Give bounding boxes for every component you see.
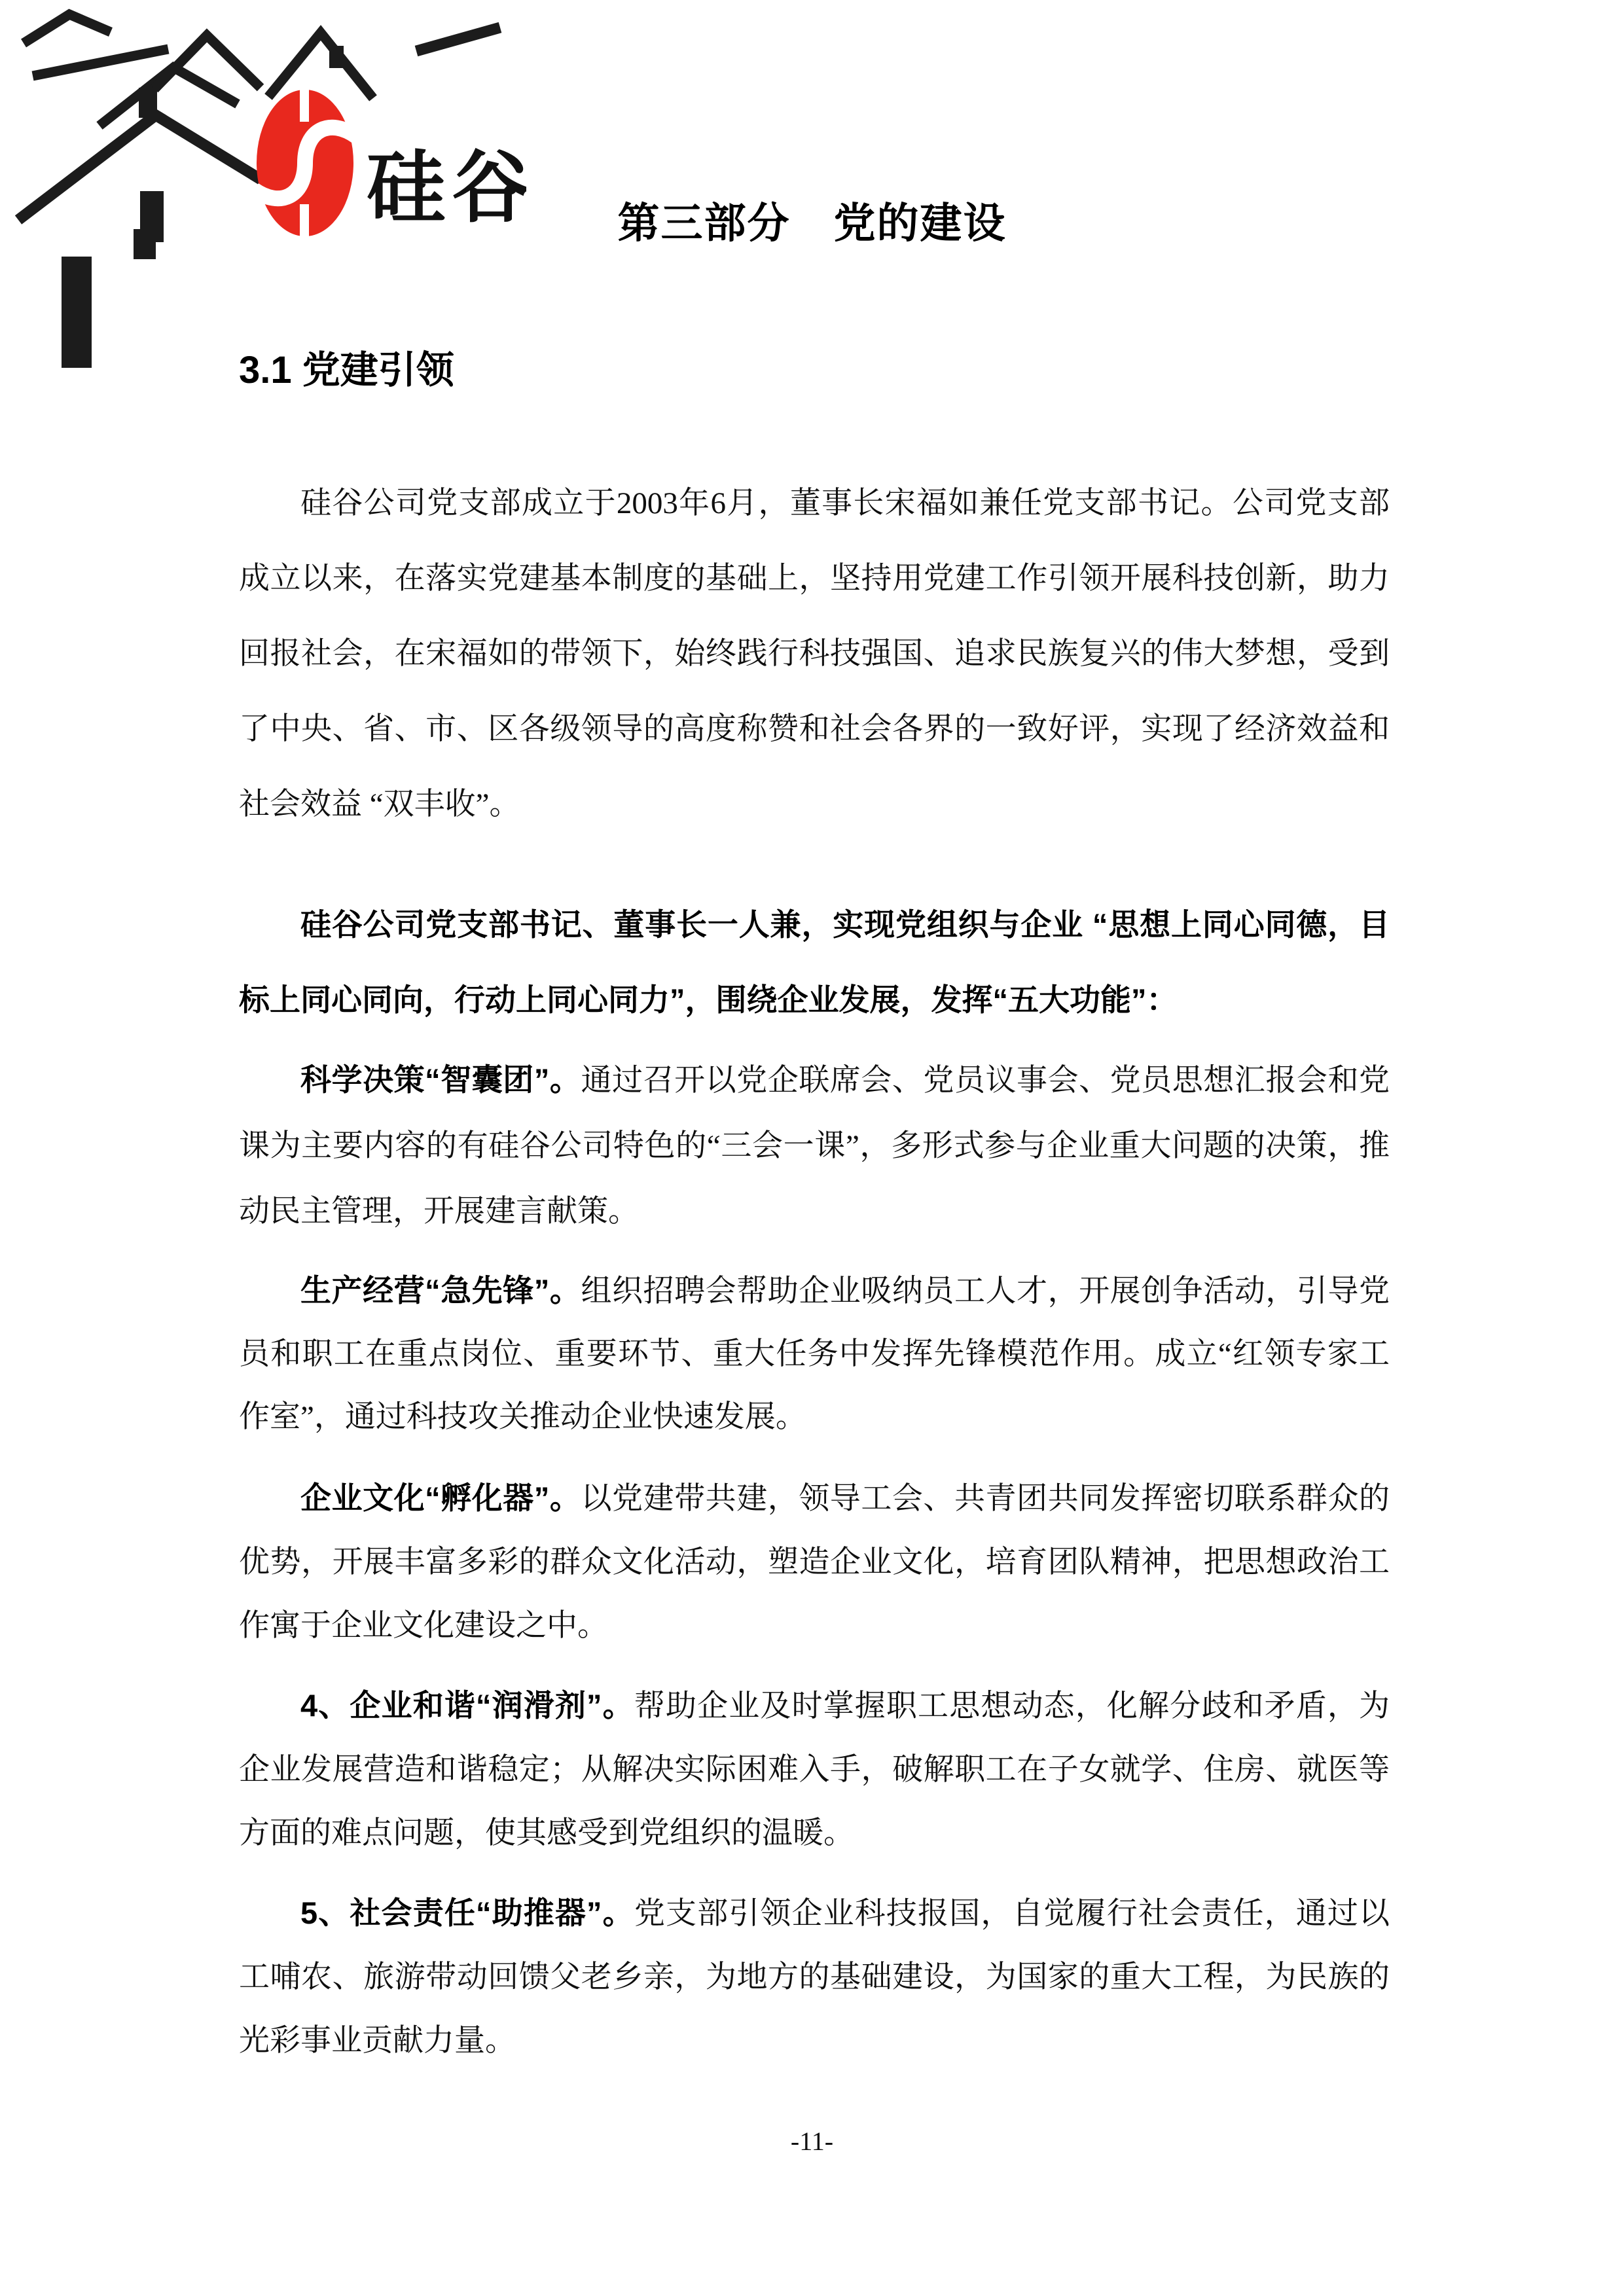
roof-right-slab [416,27,500,51]
paragraph-lead: 5、社会责任“助推器”。 [300,1895,634,1930]
paragraph-lead: 硅谷公司党支部书记、董事长一人兼，实现党组织与企业 “思想上同心同德，目标上同心… [239,907,1390,1017]
body-paragraph-function-4: 4、企业和谐“润滑剂”。帮助企业及时掌握职工思想动态，化解分歧和矛盾，为企业发展… [239,1674,1390,1865]
body-paragraph-function-5: 5、社会责任“助推器”。党支部引领企业科技报国，自觉履行社会责任，通过以工哺农、… [239,1881,1390,2073]
chimney-block [139,88,157,118]
paragraph-lead: 4、企业和谐“润滑剂”。 [300,1688,634,1723]
roof-center-b [268,33,373,98]
body-paragraph-bold-summary: 硅谷公司党支部书记、董事长一人兼，实现党组织与企业 “思想上同心同德，目标上同心… [239,887,1390,1037]
section-heading: 3.1 党建引领 [239,339,454,394]
paragraph-lead: 生产经营“急先锋”。 [300,1273,581,1308]
paragraph-lead: 企业文化“孵化器”。 [300,1480,581,1515]
roof-small-topleft [24,14,111,43]
tall-bar-block [62,257,92,368]
paragraph-lead: 科学决策“智囊团”。 [300,1062,581,1097]
roof-slanted-bar [33,49,168,76]
roof-center-a [154,35,261,89]
page-number: -11- [0,2126,1624,2157]
document-page: 硅谷 第三部分 党的建设 3.1 党建引领 硅谷公司党支部成立于2003年6月，… [0,0,1624,2296]
chimney-block [329,46,344,68]
body-paragraph-function-2: 生产经营“急先锋”。组织招聘会帮助企业吸纳员工人才，开展创争活动，引导党员和职工… [239,1259,1390,1448]
body-paragraph-function-1: 科学决策“智囊团”。通过召开以党企联席会、党员议事会、党员思想汇报会和党课为主要… [239,1047,1390,1244]
doc-title: 第三部分 党的建设 [0,190,1624,250]
body-paragraph-intro: 硅谷公司党支部成立于2003年6月，董事长宋福如兼任党支部书记。公司党支部成立以… [239,465,1390,842]
body-paragraph-function-3: 企业文化“孵化器”。以党建带共建，领导工会、共青团共同发挥密切联系群众的优势，开… [239,1466,1390,1658]
paragraph-text: 硅谷公司党支部成立于2003年6月，董事长宋福如兼任党支部书记。公司党支部成立以… [239,486,1390,821]
